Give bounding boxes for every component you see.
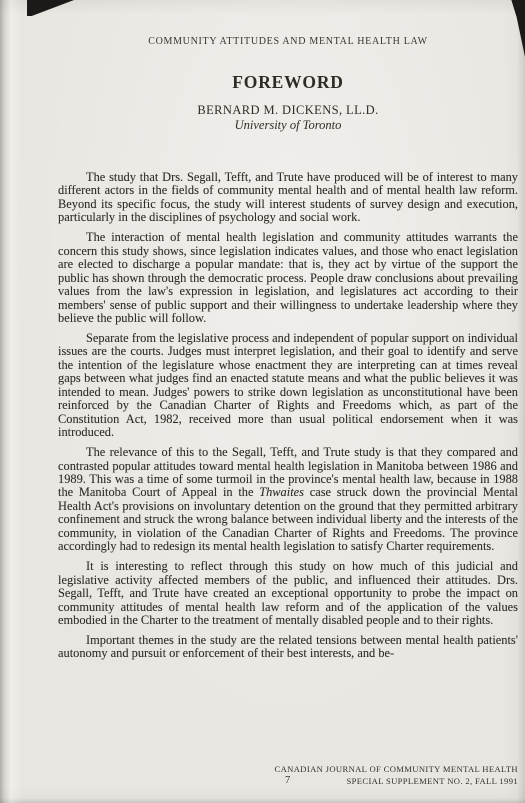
footer-journal-name: CANADIAN JOURNAL OF COMMUNITY MENTAL HEA… [58,764,518,774]
article-body: The study that Drs. Segall, Tefft, and T… [58,171,518,661]
text-segment: The study that Drs. Segall, Tefft, and T… [58,170,518,224]
text-segment: The interaction of mental health legisla… [58,230,518,325]
page-footer: CANADIAN JOURNAL OF COMMUNITY MENTAL HEA… [58,764,518,786]
paragraph: The study that Drs. Segall, Tefft, and T… [58,171,518,225]
text-segment: Important themes in the study are the re… [58,633,518,660]
scan-artifact-top-left-corner [27,0,74,16]
scanned-page: COMMUNITY ATTITUDES AND MENTAL HEALTH LA… [0,0,525,803]
paragraph: The interaction of mental health legisla… [58,231,518,325]
paragraph: It is interesting to reflect through thi… [58,560,518,627]
scan-artifact-top-right-corner [503,0,525,57]
article-title: FOREWORD [58,72,518,93]
paragraph: Important themes in the study are the re… [58,634,518,661]
footer-issue-text: SPECIAL SUPPLEMENT NO. 2, FALL 1991 [347,776,519,786]
paragraph: The relevance of this to the Segall, Tef… [58,446,518,554]
text-segment: It is interesting to reflect through thi… [58,559,518,627]
paragraph: Separate from the legislative process an… [58,332,518,440]
footer-issue-line: 7 SPECIAL SUPPLEMENT NO. 2, FALL 1991 [58,776,518,786]
author-name: BERNARD M. DICKENS, LL.D. [58,103,518,118]
case-name-italic: Thwaites [259,485,304,499]
page-number: 7 [285,775,290,786]
text-segment: Separate from the legislative process an… [58,331,518,439]
author-affiliation: University of Toronto [58,118,518,133]
running-head: COMMUNITY ATTITUDES AND MENTAL HEALTH LA… [58,36,518,47]
